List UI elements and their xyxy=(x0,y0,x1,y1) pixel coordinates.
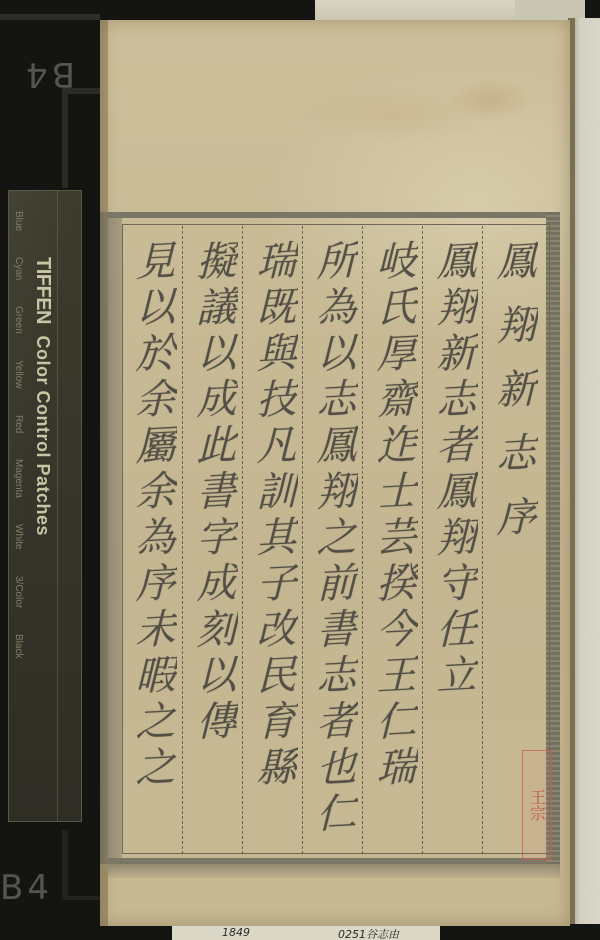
column-text: 擬議以成此書字成刻以傳 xyxy=(184,238,242,747)
text-column-6: 擬議以成此書字成刻以傳 xyxy=(182,226,242,854)
patch-label: Yellow xyxy=(13,360,24,389)
red-seal-stamp: 王宗 xyxy=(522,750,552,860)
brand-logo: TIFFEN xyxy=(32,257,54,324)
catalog-number: 1849 xyxy=(222,926,250,939)
card-divider-line xyxy=(57,191,58,821)
patch-label: White xyxy=(13,524,24,550)
column-text: 瑞既與技凡訓其子改民育縣 xyxy=(244,238,302,793)
book-page: 鳳翔新志序 鳳翔新志者鳳翔守任立 岐氏厚齋迮士芸揆今王仁瑞 所為以志鳳翔之前書志… xyxy=(100,20,570,926)
color-control-card: Blue Cyan Green Yellow Red Magenta White… xyxy=(8,190,82,822)
scanner-label-top: B4 xyxy=(22,54,75,94)
text-column-7: 見以於余屬余為序未暇之之 xyxy=(122,226,182,854)
patch-labels: Blue Cyan Green Yellow Red Magenta White… xyxy=(13,211,24,658)
patch-label: 3/Color xyxy=(13,576,24,608)
scanner-frame-corner xyxy=(62,88,68,188)
patch-label: Black xyxy=(13,634,24,658)
column-text: 鳳翔新志者鳳翔守任立 xyxy=(424,238,482,701)
print-frame-bottom-band xyxy=(108,864,560,878)
top-paper-slip-edge xyxy=(515,0,585,20)
patch-label: Green xyxy=(13,306,24,334)
column-text: 岐氏厚齋迮士芸揆今王仁瑞 xyxy=(364,238,422,793)
catalog-slip xyxy=(172,926,440,940)
patch-label: Blue xyxy=(13,211,24,231)
next-page-leaf xyxy=(575,18,600,924)
column-text: 所為以志鳳翔之前書志者也仁 xyxy=(304,238,362,839)
text-column-5: 瑞既與技凡訓其子改民育縣 xyxy=(242,226,302,854)
scanner-frame-line xyxy=(0,14,100,20)
scanner-label-bottom: B4 xyxy=(0,868,53,908)
patch-label: Magenta xyxy=(13,459,24,498)
text-columns: 鳳翔新志序 鳳翔新志者鳳翔守任立 岐氏厚齋迮士芸揆今王仁瑞 所為以志鳳翔之前書志… xyxy=(122,226,542,854)
card-subtitle: Color Control Patches xyxy=(33,336,53,537)
scanner-frame-corner xyxy=(62,830,68,900)
text-column-3: 岐氏厚齋迮士芸揆今王仁瑞 xyxy=(362,226,422,854)
text-column-2: 鳳翔新志者鳳翔守任立 xyxy=(422,226,482,854)
patch-label: Cyan xyxy=(13,257,24,280)
text-column-4: 所為以志鳳翔之前書志者也仁 xyxy=(302,226,362,854)
scanner-frame-corner xyxy=(62,896,100,900)
catalog-code: 0251谷志由 xyxy=(338,926,399,940)
card-title: TIFFEN Color Control Patches xyxy=(31,257,54,536)
patch-label: Red xyxy=(13,415,24,433)
column-text: 見以於余屬余為序未暇之之 xyxy=(123,238,181,793)
column-text: 鳳翔新志序 xyxy=(484,238,542,561)
